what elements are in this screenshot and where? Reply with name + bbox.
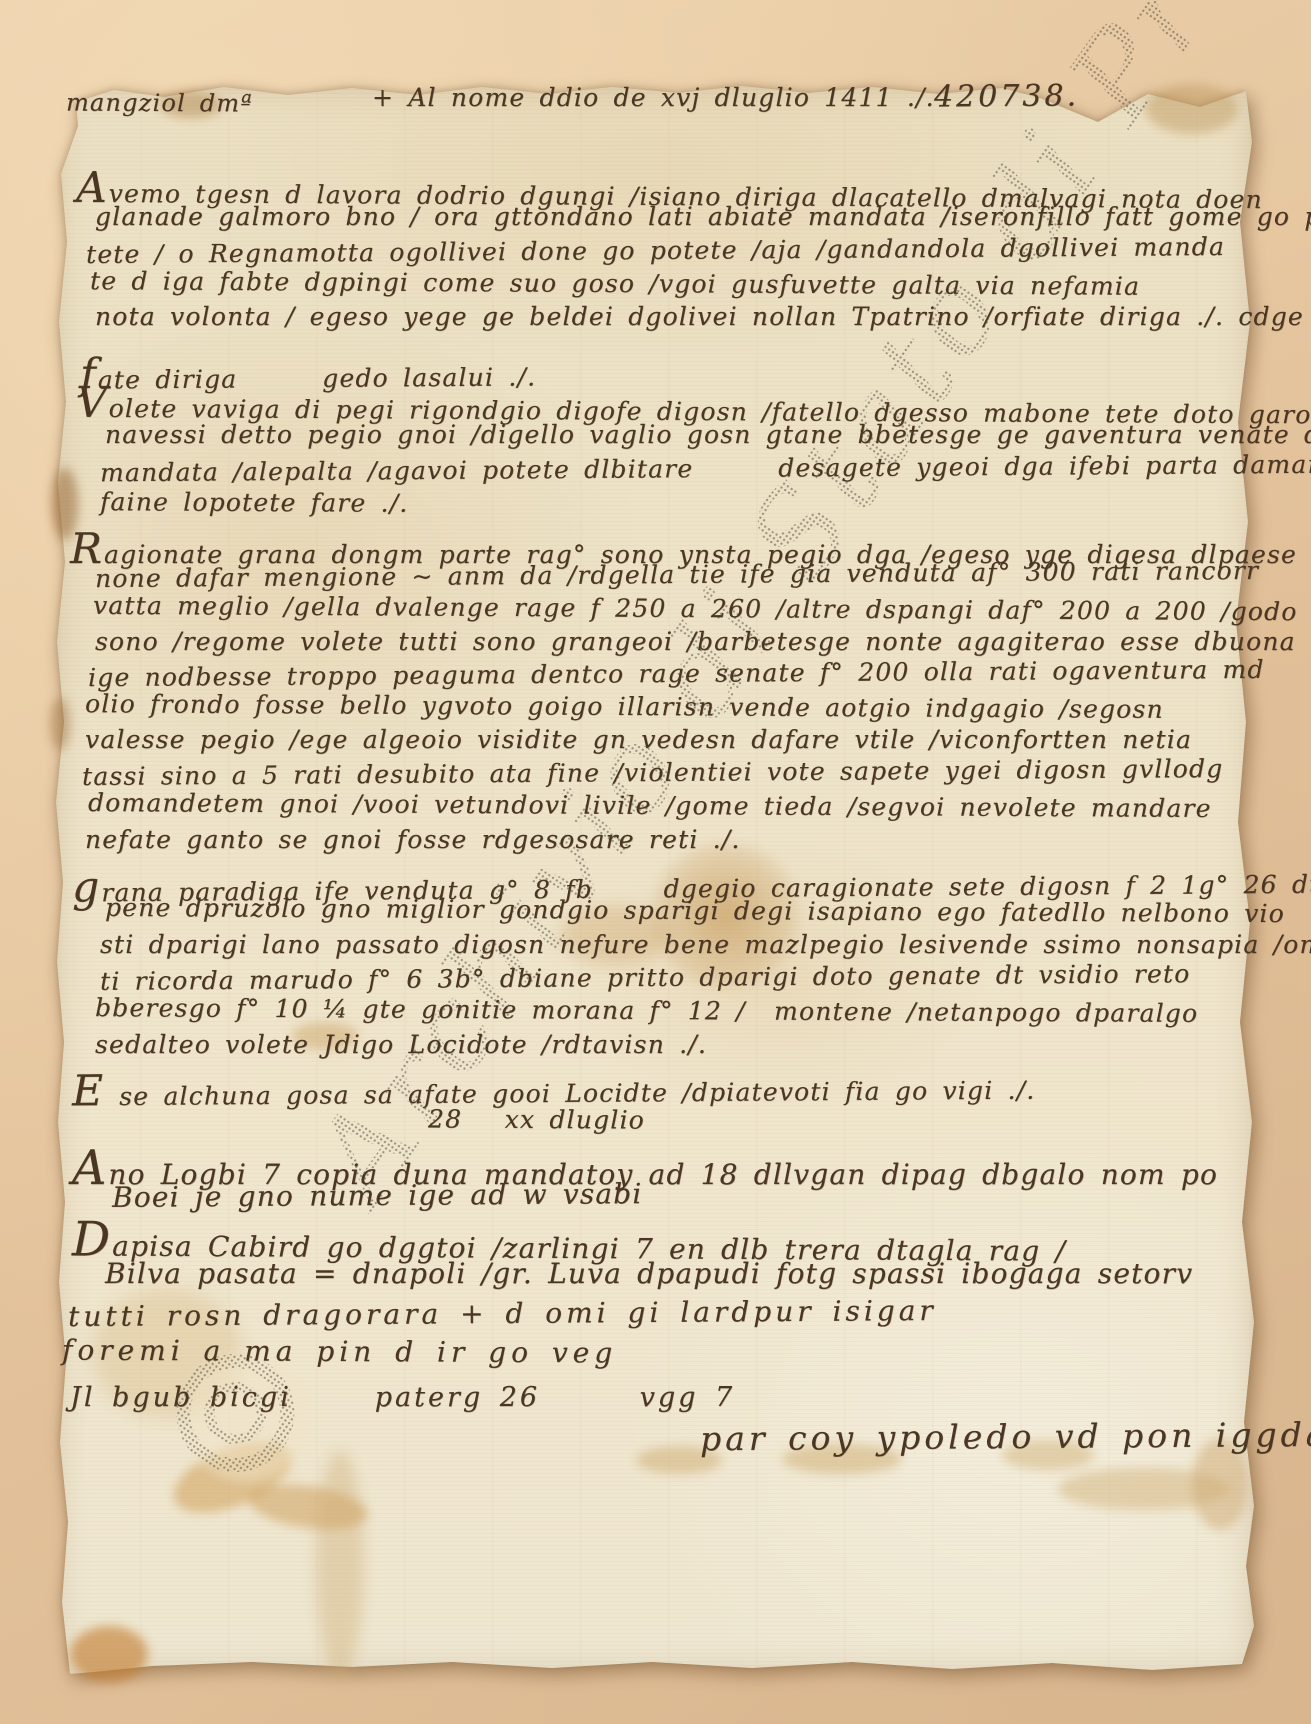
- body-line: sedalteo volete Jdigo Locidote /rdtavisn…: [95, 1031, 707, 1060]
- body-line: nota volonta / egeso yege ge beldei dgol…: [95, 303, 1304, 332]
- manuscript-text-layer: mangziol dmª+ Al nome ddio de xvj dlugli…: [0, 0, 1311, 1724]
- body-line: Bilva pasata = dnapoli /gr. Luva dpapudi…: [105, 1258, 1193, 1290]
- body-line: valesse pegio /ege algeoio visidite gn v…: [85, 726, 1192, 755]
- body-line: sono /regome volete tutti sono grangeoi …: [95, 628, 1296, 657]
- body-line: ige nodbesse troppo peaguma dentco rage …: [88, 656, 1265, 693]
- body-line: nefate ganto se gnoi fosse rdgesosare re…: [85, 826, 741, 855]
- header-invocation: + Al nome ddio de xvj dluglio 1411 ./.: [372, 84, 935, 113]
- body-line: foremi a ma pin d ir go veg: [62, 1335, 617, 1370]
- scan-background: Archivio di Stato di Prato mangziol dmª+…: [0, 0, 1311, 1724]
- body-line: Boei je gno nume ige ad w vsabi: [112, 1178, 643, 1214]
- body-line: domandetem gnoi /vooi vetundovi livile /…: [88, 789, 1212, 824]
- body-line: vatta meglio /gella dvalenge rage f 250 …: [93, 592, 1298, 627]
- signature-line: par coy ypoledo vd pon iggdab: [700, 1416, 1311, 1459]
- body-line: mandata /alepalta /agavoi potete dlbitar…: [100, 451, 1311, 488]
- body-line: sti dparigi lano passato digosn nefure b…: [100, 931, 1311, 960]
- body-line: olio frondo fosse bello ygvoto goigo ill…: [85, 690, 1164, 724]
- body-line: Jl bgub bicgi paterg 26 vgg 7: [70, 1382, 735, 1413]
- body-line: tete / o Regnamotta ogollivei done go po…: [86, 233, 1225, 270]
- archive-number: 420738.: [934, 79, 1079, 115]
- body-line: faine lopotete fare ./.: [100, 488, 409, 518]
- body-line: none dafar mengione ~ anm da /rdgella ti…: [95, 557, 1259, 594]
- body-line: ti ricorda marudo f° 6 3b° dbiane pritto…: [100, 960, 1191, 996]
- header-docket: mangziol dmª: [66, 90, 253, 119]
- body-line: navessi detto pegio gnoi /digello vaglio…: [105, 421, 1311, 450]
- body-line: tassi sino a 5 rati desubito ata fine /v…: [82, 755, 1224, 792]
- body-line: tutti rosn dragorara + d omi gi lardpur …: [68, 1295, 937, 1333]
- date-line: 28 xx dluglio: [428, 1105, 645, 1135]
- body-line: bberesgo f° 10 ¼ gte gonitie morana f° 1…: [95, 994, 1198, 1029]
- body-line: glanade galmoro bno / ora gttondano lati…: [95, 203, 1311, 232]
- body-line: te d iga fabte dgpingi come suo goso /vg…: [90, 267, 1140, 301]
- body-line: pene dpruzolo gno miglior gondgio sparig…: [105, 894, 1285, 929]
